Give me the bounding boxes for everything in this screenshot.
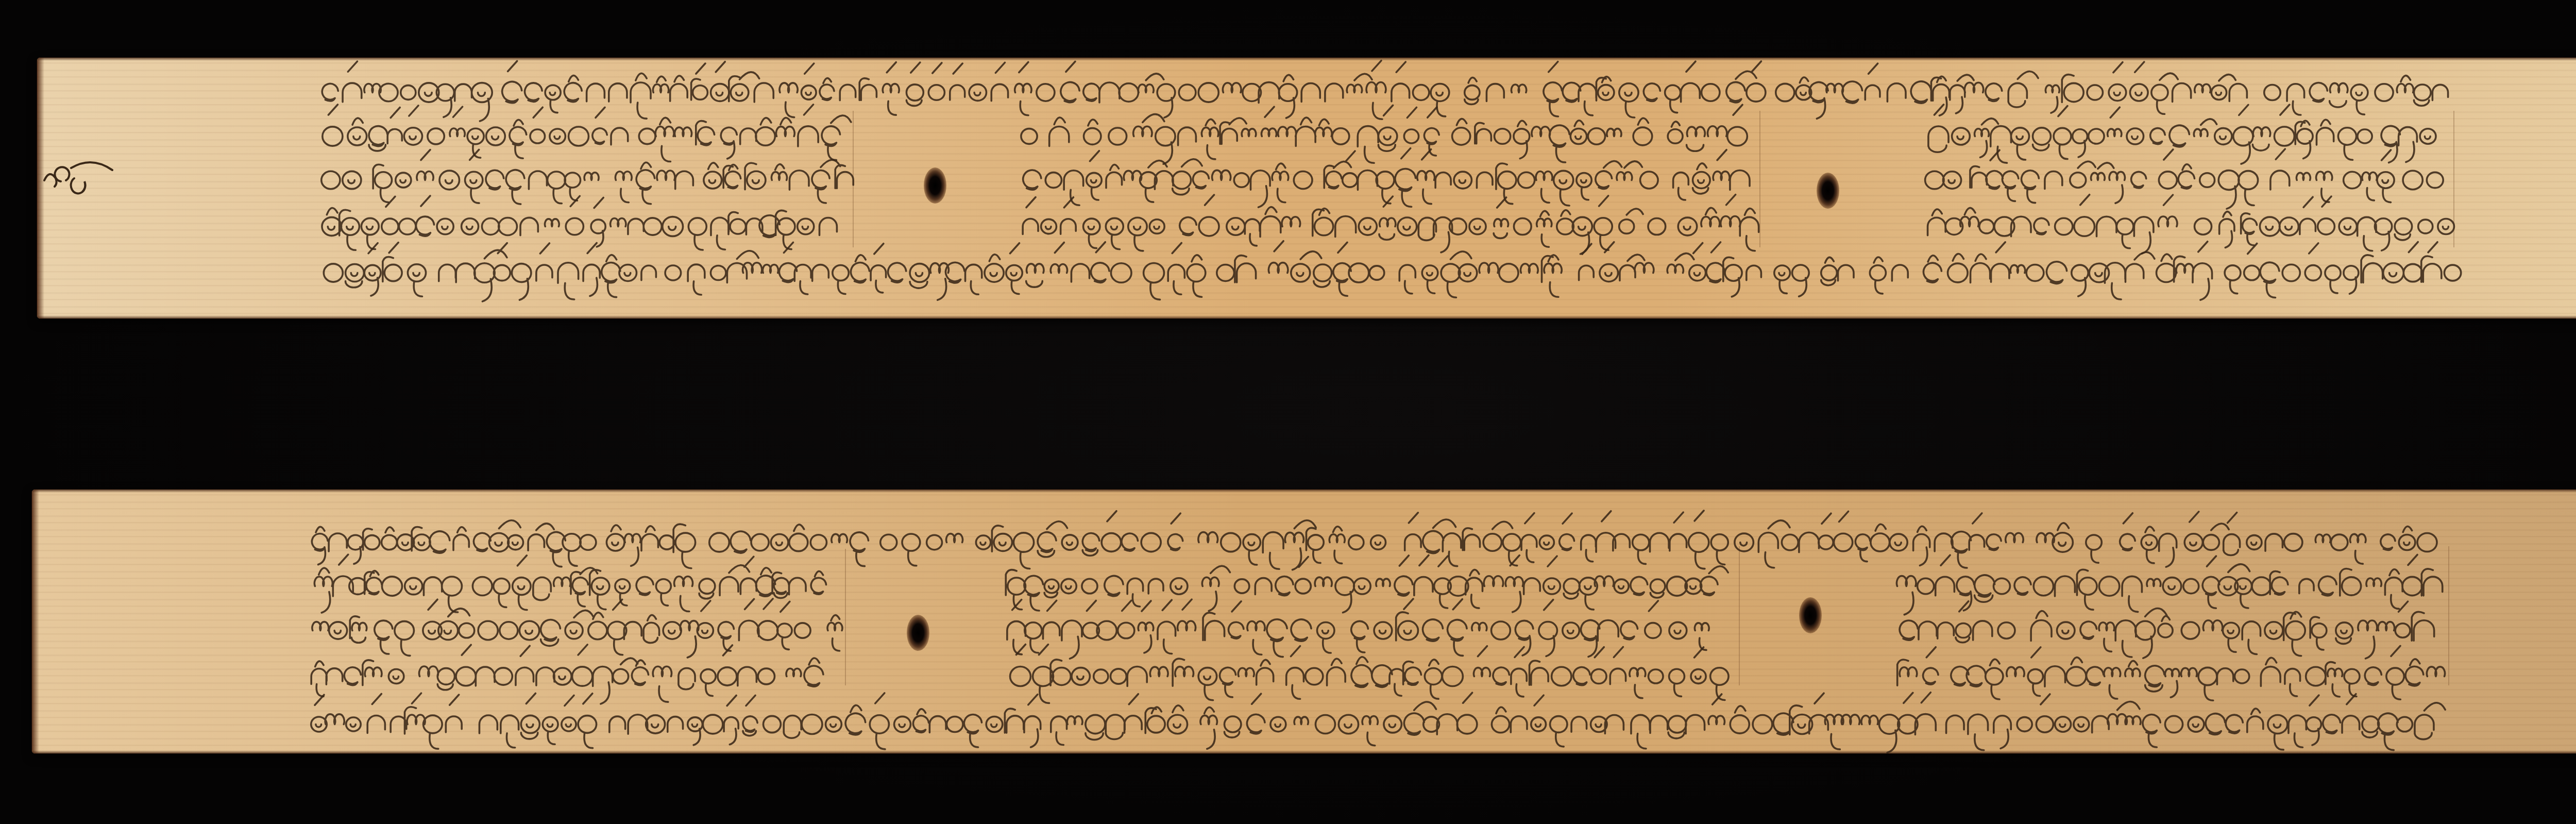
manuscript-text-line: တဖုဿ ဘလ္လိက ကုန်သည်နှစ်ဦး bbox=[1894, 651, 2448, 697]
line-transcription: ထိုသို့ရောက်တော်မူသော မြတ်စွာဘုရားသည် သတ… bbox=[317, 258, 2458, 288]
line-transcription: မုစလိန္ဒ ရေကန်အနီး၌ bbox=[308, 661, 843, 692]
manuscript-text-line: သဒ္ဓါတရားနှင့်ပြည့်စုံသော bbox=[1923, 111, 2453, 157]
manuscript-text-line: ဆွမ်းလှူဒါန်း၍ ဒွေဝါစိက သရဏဂုံ တည်တော်မူ… bbox=[308, 699, 2448, 745]
manuscript-text-line: မြတ်စွာဘုရား၏ ပါရမီတော်များကို ဆင်ခြင်သု… bbox=[317, 67, 2458, 113]
column-ruling-line bbox=[2448, 546, 2449, 685]
manuscript-text-line: အဇပါလ ညောင်ပင်ရင်း၌ bbox=[1894, 605, 2448, 651]
line-transcription: ဝိမုတ္တိသုခကို ခံစားတော်မူလျက် bbox=[308, 571, 843, 601]
leaf-edge-bottom bbox=[32, 750, 2576, 753]
line-transcription: သဒ္ဓါတရားနှင့်ပြည့်စုံသော bbox=[1923, 121, 2453, 152]
line-transcription: အဇပါလ ညောင်ပင်ရင်း၌ bbox=[1894, 615, 2448, 646]
folio-number-text: ၂၉ bbox=[40, 160, 62, 190]
manuscript-text-line: ဘုရားအဖြစ်သို့ရောက်တော်မူ၏ bbox=[1923, 201, 2453, 247]
manuscript-text-line: မိမိဉာဏ်ဖြင့် ပညာရှိတို့ ချီးမွမ်းအပ်သော bbox=[1016, 111, 1758, 157]
manuscript-text-line: ရတနာဃရ၌ အဘိဓမ္မာကို ဆင်ခြင်တော်မူ၏ bbox=[1005, 605, 1729, 651]
leaf-edge-top bbox=[32, 490, 2576, 493]
line-transcription: ရတနာစင်္ကြံ၌ စင်္ကြံတော်မူ၏ bbox=[308, 615, 843, 646]
line-transcription: ဆွမ်းလှူဒါန်း၍ ဒွေဝါစိက သရဏဂုံ တည်တော်မူ… bbox=[308, 709, 2448, 739]
manuscript-text-line: သတ္တာဟခုနစ်ရက်ပတ်လုံး ပလ္လင်ထက်မှ မထတော်… bbox=[1005, 561, 1729, 607]
line-transcription: တဖုဿ ဘလ္လိက ကုန်သည်နှစ်ဦး bbox=[1894, 661, 2448, 692]
manuscript-text-line: ရတနာစင်္ကြံ၌ စင်္ကြံတော်မူ၏ bbox=[308, 605, 843, 651]
manuscript-text-line: တည်းဟူသောပါရမီတို့ကို bbox=[317, 201, 853, 247]
leaf-edge-bottom bbox=[37, 315, 2576, 318]
line-transcription: ပြည့်စုံစွာ မဟာဗောဓိပင်ရင်း၌ သီတင်းသုံးတ… bbox=[308, 527, 2448, 558]
line-transcription: မှာပါရမီတော်ဆယ်ပါး ဖြည့်ကျင့် bbox=[317, 165, 853, 195]
line-transcription: မိမိဉာဏ်ဖြင့် ပညာရှိတို့ ချီးမွမ်းအပ်သော bbox=[1016, 121, 1758, 152]
line-transcription: ရတနာဃရ၌ အဘိဓမ္မာကို ဆင်ခြင်တော်မူ၏ bbox=[1005, 615, 1729, 646]
manuscript-text-line: ဒါန သီလ နေက္ခမ္မ ပညာ bbox=[1923, 155, 2453, 201]
string-hole bbox=[1799, 597, 1822, 633]
line-transcription: ဘုရားအဖြစ်သို့ရောက်တော်မူ၏ bbox=[1923, 211, 2453, 242]
manuscript-text-line: မုစလိန္ဒ ရေကန်အနီး၌ bbox=[308, 651, 843, 697]
leaf-edge-left bbox=[32, 490, 39, 753]
palm-leaf-folio: ပြည့်စုံစွာ မဟာဗောဓိပင်ရင်း၌ သီတင်းသုံးတ… bbox=[32, 490, 2576, 753]
manuscript-text-line: ဒိဌိဇုကမ္မ ကုသိုလ်အမှုတို့ကို bbox=[317, 111, 853, 157]
manuscript-text-line: ကမ္ဘာပေါင်းများစွာ ဖြည့်ကျင့်တော်မူ၍ bbox=[1016, 201, 1758, 247]
manuscript-text-line: ဝိရိယ ခန္တီ သစ္စာ အဓိဋ္ဌာန် မေတ္တာ ဥပေက္… bbox=[1016, 155, 1758, 201]
string-hole bbox=[924, 167, 946, 204]
line-transcription: သတ္တာဟခုနစ်ရက်ပတ်လုံး ပလ္လင်ထက်မှ မထတော်… bbox=[1005, 571, 1729, 601]
folio-number-label: ၂၉ bbox=[40, 155, 117, 196]
string-hole bbox=[1817, 173, 1839, 209]
manuscript-text-line: ဝိမုတ္တိသုခကို ခံစားတော်မူလျက် bbox=[308, 561, 843, 607]
palm-leaf-folio: ၂၉မြတ်စွာဘုရား၏ ပါရမီတော်များကို ဆင်ခြင်… bbox=[37, 58, 2576, 318]
manuscript-text-line: ရာဇာယတန လင်းလွန်းပင်ရင်း၌ နေတော်မူ၏ bbox=[1005, 651, 1729, 697]
leaf-edge-top bbox=[37, 58, 2576, 61]
line-transcription: ဝိရိယ ခန္တီ သစ္စာ အဓိဋ္ဌာန် မေတ္တာ ဥပေက္… bbox=[1016, 165, 1758, 195]
line-transcription: အနိမိသ စေတီ၌ ရပ်တော်မူ၍ bbox=[1894, 571, 2448, 601]
line-transcription: တည်းဟူသောပါရမီတို့ကို bbox=[317, 211, 853, 242]
manuscript-text-line: အနိမိသ စေတီ၌ ရပ်တော်မူ၍ bbox=[1894, 561, 2448, 607]
manuscript-text-line: ပြည့်စုံစွာ မဟာဗောဓိပင်ရင်း၌ သီတင်းသုံးတ… bbox=[308, 517, 2448, 563]
string-hole bbox=[907, 615, 929, 651]
line-transcription: မြတ်စွာဘုရား၏ ပါရမီတော်များကို ဆင်ခြင်သု… bbox=[317, 77, 2458, 108]
line-transcription: ရာဇာယတန လင်းလွန်းပင်ရင်း၌ နေတော်မူ၏ bbox=[1005, 661, 1729, 692]
manuscript-text-line: မှာပါရမီတော်ဆယ်ပါး ဖြည့်ကျင့် bbox=[317, 155, 853, 201]
column-ruling-line bbox=[1739, 546, 1740, 685]
manuscript-text-line: ထိုသို့ရောက်တော်မူသော မြတ်စွာဘုရားသည် သတ… bbox=[317, 247, 2458, 294]
column-ruling-line bbox=[845, 549, 846, 685]
line-transcription: ကမ္ဘာပေါင်းများစွာ ဖြည့်ကျင့်တော်မူ၍ bbox=[1016, 211, 1758, 242]
line-transcription: ဒိဌိဇုကမ္မ ကုသိုလ်အမှုတို့ကို bbox=[317, 121, 853, 152]
line-transcription: ဒါန သီလ နေက္ခမ္မ ပညာ bbox=[1923, 165, 2453, 195]
